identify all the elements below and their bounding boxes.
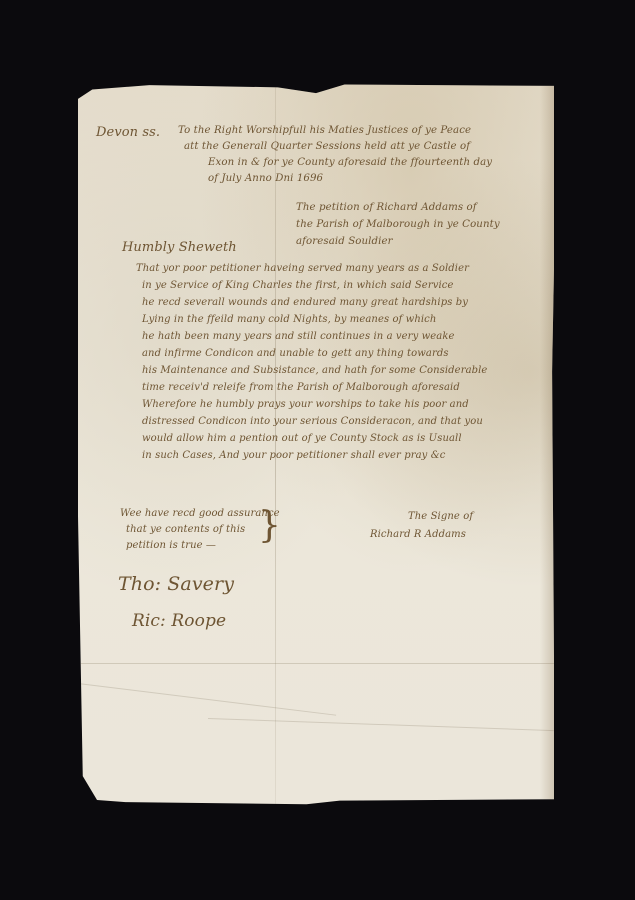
petitioner-mark-label: The Signe of [408, 511, 473, 522]
petitioner-mark-name: Richard R Addams [370, 529, 466, 540]
body-line: time receiv'd releife from the Parish of… [142, 382, 460, 393]
address-line: of July Anno Dni 1696 [208, 173, 323, 184]
attestation-line: Wee have recd good assurance [120, 508, 280, 519]
body-line: he recd severall wounds and endured many… [142, 297, 468, 308]
body-line: in such Cases, And your poor petitioner … [142, 450, 445, 461]
petition-title-line: aforesaid Souldier [296, 236, 393, 247]
manuscript-page: Devon ss. To the Right Worshipfull his M… [78, 83, 554, 805]
paper-crease [208, 718, 554, 731]
petition-title-line: the Parish of Malborough in ye County [296, 219, 500, 230]
attestation-line: that ye contents of this [126, 524, 245, 535]
justice-signature: Tho: Savery [118, 573, 234, 595]
address-line: att the Generall Quarter Sessions held a… [184, 141, 470, 152]
edge-stain [540, 83, 554, 805]
body-line: and infirme Condicon and unable to gett … [142, 348, 449, 359]
horizontal-fold [78, 663, 554, 664]
body-line: he hath been many years and still contin… [142, 331, 455, 342]
salutation: Humbly Sheweth [122, 240, 237, 255]
body-line: Lying in the ffeild many cold Nights, by… [142, 314, 436, 325]
body-line: distressed Condicon into your serious Co… [142, 416, 483, 427]
attestation-brace: } [258, 508, 281, 544]
body-line: his Maintenance and Subsistance, and hat… [142, 365, 487, 376]
address-line: To the Right Worshipfull his Maties Just… [178, 125, 471, 136]
body-line: in ye Service of King Charles the first,… [142, 280, 453, 291]
body-line: would allow him a pention out of ye Coun… [142, 433, 462, 444]
paper-crease [78, 683, 336, 716]
body-line: That yor poor petitioner haveing served … [136, 263, 469, 274]
vertical-fold [275, 83, 276, 805]
county-heading: Devon ss. [96, 125, 160, 140]
address-line: Exon in & for ye County aforesaid the ff… [208, 157, 492, 168]
attestation-line: petition is true — [126, 540, 216, 551]
body-line: Wherefore he humbly prays your worships … [142, 399, 469, 410]
petition-title-line: The petition of Richard Addams of [296, 202, 477, 213]
justice-signature: Ric: Roope [132, 611, 226, 631]
